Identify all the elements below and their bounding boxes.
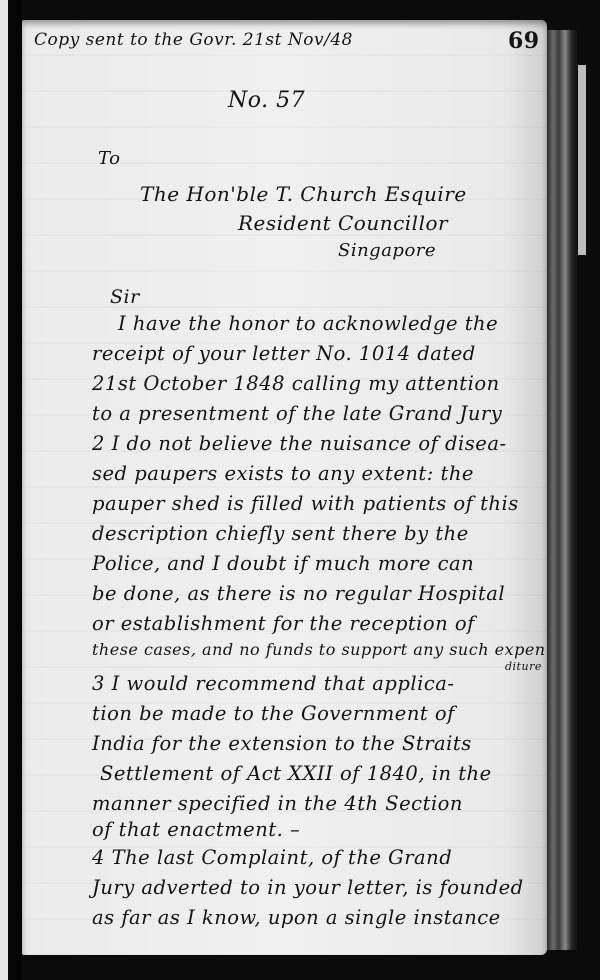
interlinear-insert: diture xyxy=(505,660,542,673)
letter-number: No. 57 xyxy=(228,88,305,113)
page-number: 69 xyxy=(508,28,540,54)
body-line: tion be made to the Government of xyxy=(92,702,455,725)
body-line: 21st October 1848 calling my attention xyxy=(92,372,500,395)
body-line: be done, as there is no regular Hospital xyxy=(92,582,505,605)
body-line: as far as I know, upon a single instance xyxy=(92,906,501,929)
body-line: 2 I do not believe the nuisance of disea… xyxy=(92,432,507,455)
body-line: pauper shed is filled with patients of t… xyxy=(92,492,519,515)
addressee-location: Singapore xyxy=(338,240,436,261)
body-line: of that enactment. – xyxy=(92,818,300,841)
body-line: sed paupers exists to any extent: the xyxy=(92,462,474,485)
body-line: I have the honor to acknowledge the xyxy=(118,312,498,335)
body-line: Settlement of Act XXII of 1840, in the xyxy=(100,762,492,785)
page-tab-edge xyxy=(578,65,586,255)
body-line: to a presentment of the late Grand Jury xyxy=(92,402,502,425)
salutation: Sir xyxy=(110,286,140,308)
body-line: or establishment for the reception of xyxy=(92,612,475,635)
body-line: description chiefly sent there by the xyxy=(92,522,469,545)
book-binding-edge xyxy=(547,30,577,950)
body-line: Police, and I doubt if much more can xyxy=(92,552,474,575)
body-line: Jury adverted to in your letter, is foun… xyxy=(92,876,524,899)
scan-border-left xyxy=(8,0,22,980)
body-line: 3 I would recommend that applica- xyxy=(92,672,454,695)
body-line: receipt of your letter No. 1014 dated xyxy=(92,342,476,365)
addressee-title: Resident Councillor xyxy=(238,211,448,235)
body-line: these cases, and no funds to support any… xyxy=(92,640,546,659)
body-line: manner specified in the 4th Section xyxy=(92,792,463,815)
marginal-note: Copy sent to the Govr. 21st Nov/48 xyxy=(34,30,353,50)
body-line: 4 The last Complaint, of the Grand xyxy=(92,846,452,869)
addressee-name: The Hon'ble T. Church Esquire xyxy=(140,182,467,206)
addressee-to: To xyxy=(98,148,120,169)
body-line: India for the extension to the Straits xyxy=(92,732,472,755)
